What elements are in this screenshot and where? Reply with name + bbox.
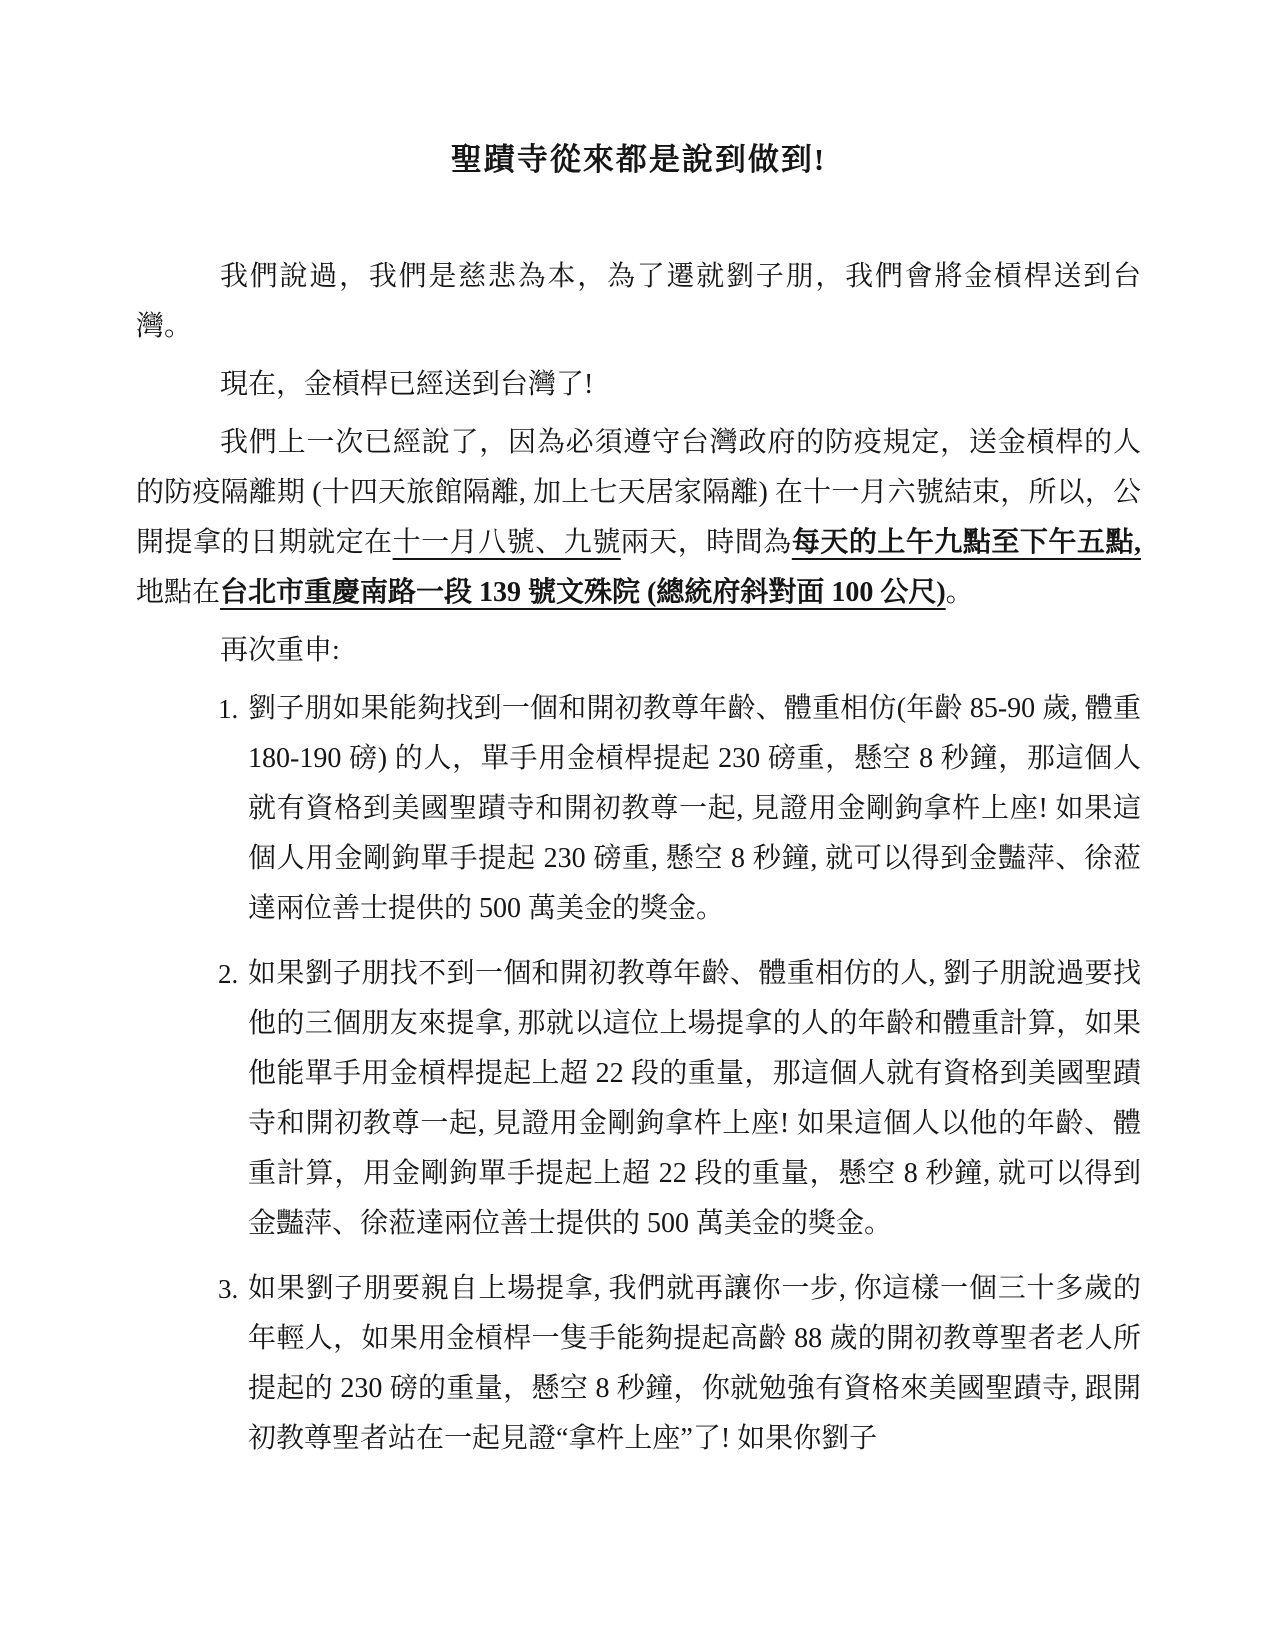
list-item: 2.如果劉子朋找不到一個和開初教尊年齡、體重相仿的人, 劉子朋說過要找他的三個朋… bbox=[136, 949, 1141, 1249]
paragraph: 現在，金槓桿已經送到台灣了! bbox=[136, 360, 1141, 410]
text-run: 十一月八號、九號 bbox=[393, 527, 621, 558]
document-body-paragraphs: 我們說過，我們是慈悲為本，為了遷就劉子朋，我們會將金槓桿送到台灣。現在，金槓桿已… bbox=[136, 252, 1141, 676]
document-title: 聖蹟寺從來都是說到做到! bbox=[136, 140, 1141, 180]
text-run: 再次重申: bbox=[220, 635, 340, 666]
list-item: 3.如果劉子朋要親自上場提拿, 我們就再讓你一步, 你這樣一個三十多歲的年輕人，… bbox=[136, 1264, 1141, 1464]
paragraph: 再次重申: bbox=[136, 626, 1141, 676]
text-run: 劉子朋如果能夠找到一個和開初教尊年齡、體重相仿(年齡 85-90 歲, 體重 1… bbox=[248, 693, 1141, 924]
document-page: 聖蹟寺從來都是說到做到! 我們說過，我們是慈悲為本，為了遷就劉子朋，我們會將金槓… bbox=[0, 0, 1275, 1650]
text-run: 現在，金槓桿已經送到台灣了! bbox=[220, 369, 593, 400]
list-item-number: 1. bbox=[218, 684, 238, 734]
list-item-number: 2. bbox=[218, 949, 238, 999]
list-item-number: 3. bbox=[218, 1264, 238, 1314]
text-run: 如果劉子朋找不到一個和開初教尊年齡、體重相仿的人, 劉子朋說過要找他的三個朋友來… bbox=[248, 958, 1141, 1239]
text-run: 每天的上午九點至下午五點, bbox=[792, 527, 1141, 558]
text-run: 兩天，時間為 bbox=[621, 527, 792, 558]
text-run: 地點在 bbox=[136, 577, 220, 608]
paragraph: 我們說過，我們是慈悲為本，為了遷就劉子朋，我們會將金槓桿送到台灣。 bbox=[136, 252, 1141, 352]
text-run: 我們說過，我們是慈悲為本，為了遷就劉子朋，我們會將金槓桿送到台灣。 bbox=[136, 261, 1141, 342]
list-item: 1.劉子朋如果能夠找到一個和開初教尊年齡、體重相仿(年齡 85-90 歲, 體重… bbox=[136, 684, 1141, 934]
numbered-list: 1.劉子朋如果能夠找到一個和開初教尊年齡、體重相仿(年齡 85-90 歲, 體重… bbox=[136, 684, 1141, 1464]
text-run: 。 bbox=[946, 577, 974, 608]
text-run: 如果劉子朋要親自上場提拿, 我們就再讓你一步, 你這樣一個三十多歲的年輕人，如果… bbox=[248, 1273, 1141, 1454]
paragraph: 我們上一次已經說了，因為必須遵守台灣政府的防疫規定，送金槓桿的人的防疫隔離期 (… bbox=[136, 418, 1141, 618]
text-run: 台北市重慶南路一段 139 號文殊院 (總統府斜對面 100 公尺) bbox=[220, 577, 946, 608]
